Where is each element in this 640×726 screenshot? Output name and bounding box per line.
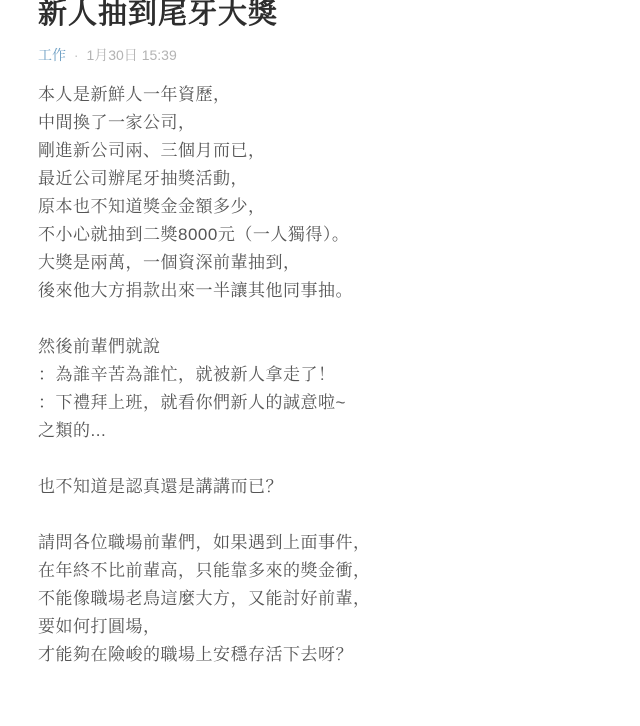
post-title: 新人抽到尾牙大獎: [38, 0, 600, 33]
body-line: 請問各位職場前輩們，如果遇到上面事件，: [38, 529, 600, 557]
post-meta: 工作 · 1月30日 15:39: [38, 46, 600, 64]
body-line: 不能像職場老鳥這麼大方，又能討好前輩，: [38, 585, 600, 613]
body-line: 中間換了一家公司，: [38, 109, 600, 137]
body-line: 在年終不比前輩高，只能靠多來的獎金衝，: [38, 557, 600, 585]
body-line: 不小心就抽到二獎8000元（一人獨得）。: [38, 221, 600, 249]
meta-separator: ·: [74, 47, 79, 63]
body-line: 最近公司辦尾牙抽獎活動，: [38, 165, 600, 193]
body-line: 剛進新公司兩、三個月而已，: [38, 137, 600, 165]
post-article: 新人抽到尾牙大獎 工作 · 1月30日 15:39 本人是新鮮人一年資歷， 中間…: [0, 0, 640, 669]
body-line-blank: [38, 305, 600, 333]
body-line: 也不知道是認真還是講講而已？: [38, 473, 600, 501]
post-page: 新人抽到尾牙大獎 工作 · 1月30日 15:39 本人是新鮮人一年資歷， 中間…: [0, 0, 640, 726]
body-line: ：為誰辛苦為誰忙，就被新人拿走了！: [38, 361, 600, 389]
body-line-blank: [38, 501, 600, 529]
forum-link[interactable]: 工作: [38, 47, 66, 63]
body-line: 原本也不知道獎金金額多少，: [38, 193, 600, 221]
body-line: 要如何打圓場，: [38, 613, 600, 641]
body-line: ：下禮拜上班，就看你們新人的誠意啦~: [38, 389, 600, 417]
body-line: 才能夠在險峻的職場上安穩存活下去呀？: [38, 641, 600, 669]
body-line: 後來他大方捐款出來一半讓其他同事抽。: [38, 277, 600, 305]
body-line-blank: [38, 445, 600, 473]
body-line: 之類的...: [38, 417, 600, 445]
body-line: 然後前輩們就說: [38, 333, 600, 361]
post-body: 本人是新鮮人一年資歷， 中間換了一家公司， 剛進新公司兩、三個月而已， 最近公司…: [38, 81, 600, 669]
body-line: 本人是新鮮人一年資歷，: [38, 81, 600, 109]
post-timestamp: 1月30日 15:39: [86, 47, 176, 63]
body-line: 大獎是兩萬，一個資深前輩抽到，: [38, 249, 600, 277]
